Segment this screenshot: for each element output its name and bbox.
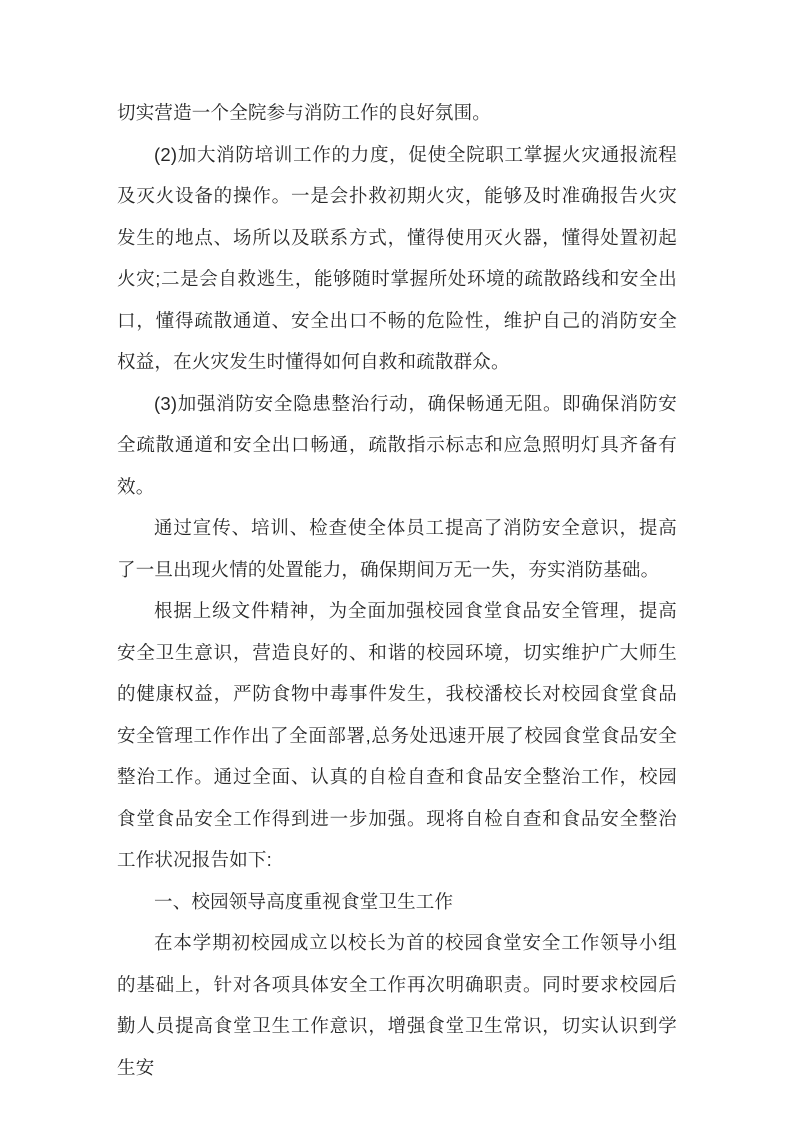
paragraph: 根据上级文件精神，为全面加强校园食堂食品安全管理，提高安全卫生意识，营造良好的、… bbox=[117, 590, 677, 881]
document-body-text: 切实营造一个全院参与消防工作的良好氛围。(2)加大消防培训工作的力度，促使全院职… bbox=[117, 92, 677, 1088]
paragraph: 通过宣传、培训、检查使全体员工提高了消防安全意识，提高了一旦出现火情的处置能力，… bbox=[117, 507, 677, 590]
paragraph: 切实营造一个全院参与消防工作的良好氛围。 bbox=[117, 92, 677, 134]
paragraph: (3)加强消防安全隐患整治行动，确保畅通无阻。即确保消防安全疏散通道和安全出口畅… bbox=[117, 383, 677, 508]
paragraph: (2)加大消防培训工作的力度，促使全院职工掌握火灾通报流程及灭火设备的操作。一是… bbox=[117, 134, 677, 383]
section-heading: 一、校园领导高度重视食堂卫生工作 bbox=[117, 881, 677, 923]
paragraph: 在本学期初校园成立以校长为首的校园食堂安全工作领导小组的基础上，针对各项具体安全… bbox=[117, 922, 677, 1088]
document-page: 切实营造一个全院参与消防工作的良好氛围。(2)加大消防培训工作的力度，促使全院职… bbox=[0, 0, 793, 1122]
